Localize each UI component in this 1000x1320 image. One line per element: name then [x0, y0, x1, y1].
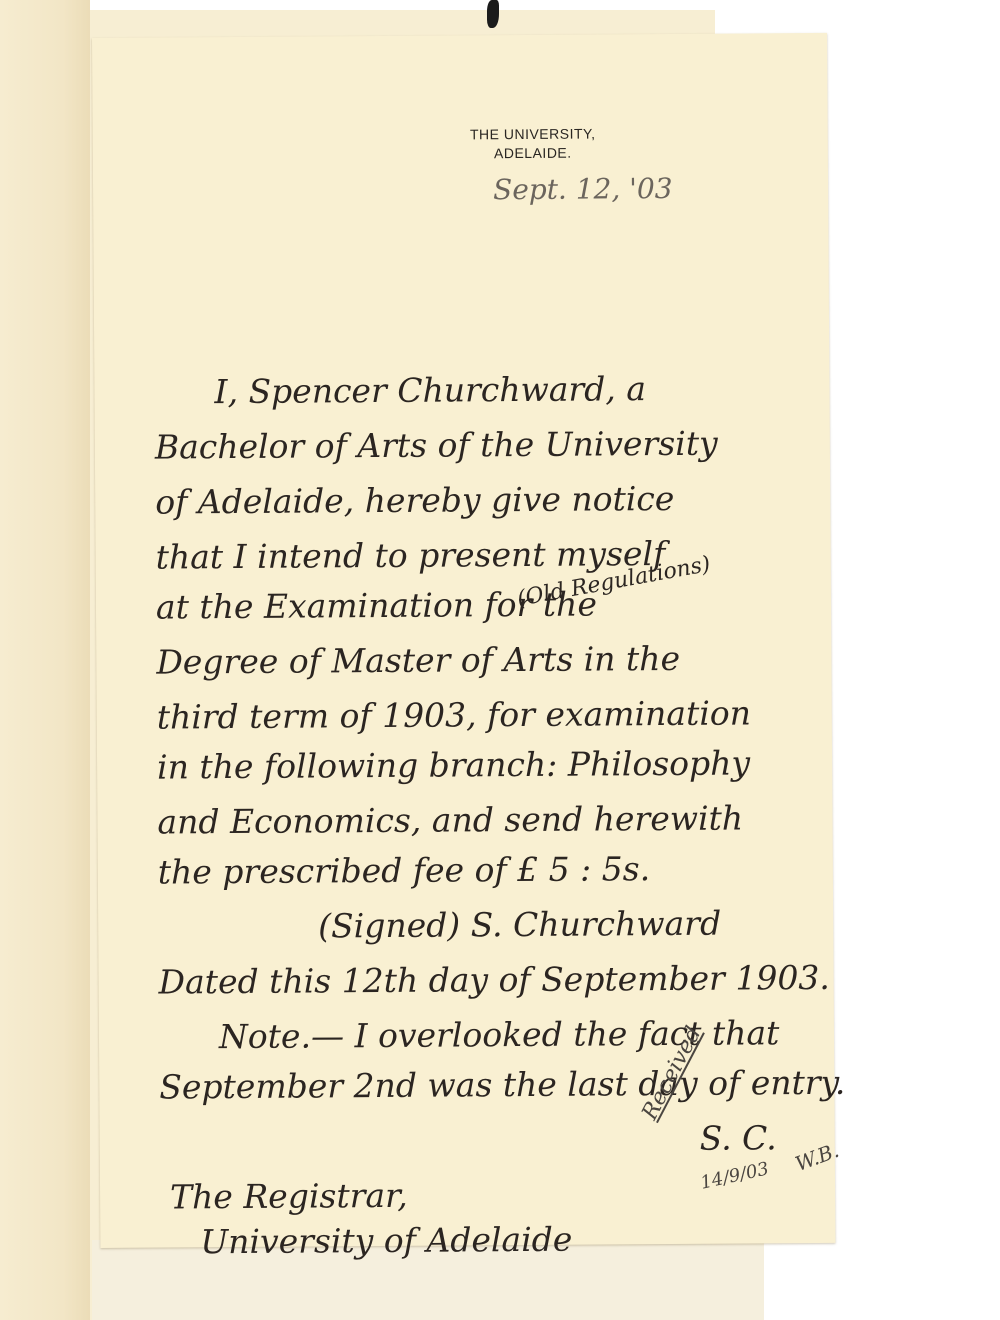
letterhead-line: THE UNIVERSITY, — [433, 124, 633, 144]
addressee-line: University of Adelaide — [200, 1220, 572, 1262]
body-line: that I intend to present myself — [155, 534, 665, 577]
body-line: Degree of Master of Arts in the — [156, 639, 680, 682]
letterhead: THE UNIVERSITY, ADELAIDE. — [433, 124, 633, 163]
ink-blot — [487, 0, 499, 28]
received-date: 14/9/03 — [699, 1158, 771, 1193]
body-line: third term of 1903, for examination — [157, 693, 751, 736]
body-line: Bachelor of Arts of the University — [155, 424, 718, 467]
body-line: the prescribed fee of £ 5 : 5s. — [158, 849, 651, 891]
addressee-line: The Registrar, — [170, 1176, 408, 1217]
signature-line: (Signed) S. Churchward — [318, 904, 721, 946]
body-line: in the following branch: Philosophy — [157, 743, 750, 786]
body-line: and Economics, and send herewith — [157, 798, 743, 841]
body-line: I, Spencer Churchward, a — [214, 369, 646, 411]
background-sheet-fold — [0, 0, 90, 1320]
initials: S. C. — [700, 1118, 777, 1158]
letter-sheet: THE UNIVERSITY, ADELAIDE. Sept. 12, '03 … — [92, 33, 835, 1248]
note-line: September 2nd was the last day of entry. — [159, 1063, 845, 1107]
body-line: of Adelaide, hereby give notice — [155, 479, 674, 522]
letterhead-line: ADELAIDE. — [433, 143, 633, 163]
received-initials: W.B. — [792, 1138, 842, 1176]
letter-date: Sept. 12, '03 — [493, 172, 673, 206]
dated-line: Dated this 12th day of September 1903. — [158, 958, 830, 1002]
